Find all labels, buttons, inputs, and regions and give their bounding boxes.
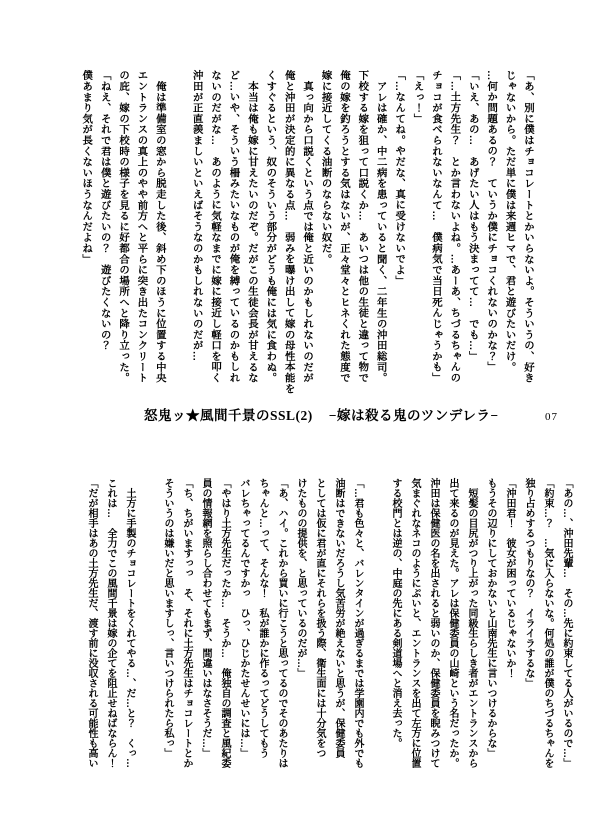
text-column: 沖田は保健医の名を出されると弱いのか、保健委員を睨みつけて (424, 478, 443, 788)
text-column: する校門とは逆の、中庭の先にある剣道場へと消え去った。 (386, 478, 405, 788)
text-column: 「あ、ハイ。これから買いに行こうと思ってるのでそのあたりは (272, 478, 291, 788)
text-column: アレは確か、中二病を患っていると聞く、二年生の沖田総司。 (370, 70, 388, 416)
text-column: 「あ、別に僕はチョコレートとかいらないよ。そういうの、好き (518, 70, 536, 416)
chapter-subtitle: −嫁は殺る鬼のツンデレラ− (329, 408, 499, 423)
text-column: そういうのは嫌いだと思いますしっ、言いつけられたら私っ」 (158, 478, 177, 788)
text-column: 「あの…、沖田先輩… その…先に約束してる人がいるので…」 (557, 478, 576, 788)
page-number: 07 (545, 411, 558, 423)
text-column: バレちゃってるんですかっ ひっ、ひじかたせんせいには…」 (234, 478, 253, 788)
text-column: 「えっ！」 (407, 70, 425, 416)
text-column: じゃないから。ただ単に僕は来週ヒマで、君と遊びたいだけ。 (499, 70, 517, 416)
text-column: 「沖田君！ 彼女が困っているじゃないか！ (500, 478, 519, 788)
text-column: エントランスの真上のやや前方へと平らに突き出たコンクリート (131, 70, 149, 416)
text-column: 真っ向から口説くという点では俺と近いのかもしれないのだが (297, 70, 315, 416)
text-column: …何か問題あるの？ ていうか僕にチョコくれないのかな？」 (481, 70, 499, 416)
text-column: 下校する嫁を狙って口説くか… あいつは他の生徒と違って物で (352, 70, 370, 416)
blank-line (367, 478, 386, 788)
text-column: チョコが食べられないなんて… 僕病気で当日死んじゃうかも」 (426, 70, 444, 416)
text-column: ないのだがな… あのように気軽なまでに嫁に接近し軽口を叩く (205, 70, 223, 416)
text-column: 嫁に接近してくる油断のならない奴だ。 (315, 70, 333, 416)
text-column: の庇、嫁の下校時の様子を見るに好都合の場所へと降り立った。 (113, 70, 131, 416)
text-column: これは… 全力でこの風間千景は嫁の企てを阻止せねばならん！ (101, 478, 120, 788)
blank-line (168, 70, 186, 416)
bottom-text-block: 「あの…、沖田先輩… その…先に約束してる人がいるので…」「約束…？ …気に入ら… (80, 478, 576, 788)
text-column: 土方に手製のチョコレートをくれてやる…、だ…と？ くっ… (120, 478, 139, 788)
text-column: 俺の嫁を釣ろうとする気はないが、正々堂々とヒネくれた態度で (334, 70, 352, 416)
text-column: けたものの提供を、と思っているのだが…」 (291, 478, 310, 788)
text-column: としては仮に君が直にそれらを扱う際、衛生面には十分気をつ (310, 478, 329, 788)
text-column: 僕あまり気が長くないほうなんだよね」 (76, 70, 94, 416)
text-column: 「ねえ、それで君は僕と遊びたいの？ 遊びたくないの？ (94, 70, 112, 416)
novel-page: 「あ、別に僕はチョコレートとかいらないよ。そういうの、好きじゃないから。ただ単に… (0, 0, 600, 834)
text-column: ちゃんと…って、そんな！ 私が誰かに作るってどうしてもう (253, 478, 272, 788)
text-column: 俺は準備室の窓から脱走した後、斜め下のほうに位置する中央 (149, 70, 167, 416)
text-column: 「やはり土方先生だったか… そうか… 俺独自の調査と風紀委 (215, 478, 234, 788)
text-column: 本当は俺も嫁に甘えたいのだぞ。だがこの生徒会長が甘えるな (242, 70, 260, 416)
top-text-block: 「あ、別に僕はチョコレートとかいらないよ。そういうの、好きじゃないから。ただ単に… (74, 70, 536, 416)
text-column: 「ち、ちがいますっっ そ、それに土方先生はチョコレートとか (177, 478, 196, 788)
chapter-title-main: 怒鬼ッ★風間千景のSSL(2) (144, 408, 313, 423)
text-column: 「…君も色々と、バレンタインが過ぎるまでは学園内でも外でも (348, 478, 367, 788)
text-column: 出て来るのが見えた。アレは保健委員の山崎という名だったか。 (443, 478, 462, 788)
text-column: 気まぐれなネコのようにぷいと、エントランスを出て左方に位置 (405, 478, 424, 788)
text-column: 「いえ、あの… あげたい人はもう決まってて… でも…」 (462, 70, 480, 416)
text-column: 「だが相手はあの土方先生だ、渡す前に没収される可能性も高い (82, 478, 101, 788)
text-column: くすぐるという、奴のそういう部分がどうも俺には気に食わぬ。 (260, 70, 278, 416)
text-column: もうその辺りにしておかないと山南先生に言いつけるからな」 (481, 478, 500, 788)
text-column: 「…なんてね。やだな、真に受けないでよ」 (389, 70, 407, 416)
blank-line (139, 478, 158, 788)
text-column: 「約束…？ …気に入らないな。何処の誰が僕のちづるちゃんを (538, 478, 557, 788)
text-column: 油断はできないだろうし気苦労が絶えないと思うが、保健委員 (329, 478, 348, 788)
chapter-header: 怒鬼ッ★風間千景のSSL(2)−嫁は殺る鬼のツンデレラ− 07 (144, 404, 558, 425)
text-column: 員の情報網を照らし合わせてもまず、間違いはなさそうだ…」 (196, 478, 215, 788)
text-column: 俺と沖田が決定的に異なる点… 弱みを曝け出して嫁の母性本能を (278, 70, 296, 416)
text-column: 「…土方先生？ とか言わないよね。…あーあ、ちづるちゃんの (444, 70, 462, 416)
text-column: 短髪の目尻がつり上がった同級生らしき者がエントランスから (462, 478, 481, 788)
text-column: ど…いや、そういう柵みたいなものが俺を縛っているのかもしれ (223, 70, 241, 416)
text-column: 沖田が正直羨ましいといえばそうなのかもしれないのだが… (186, 70, 204, 416)
text-column: 独り占めするつもりなの？ イライラするな」 (519, 478, 538, 788)
chapter-title: 怒鬼ッ★風間千景のSSL(2)−嫁は殺る鬼のツンデレラ− (144, 404, 499, 425)
